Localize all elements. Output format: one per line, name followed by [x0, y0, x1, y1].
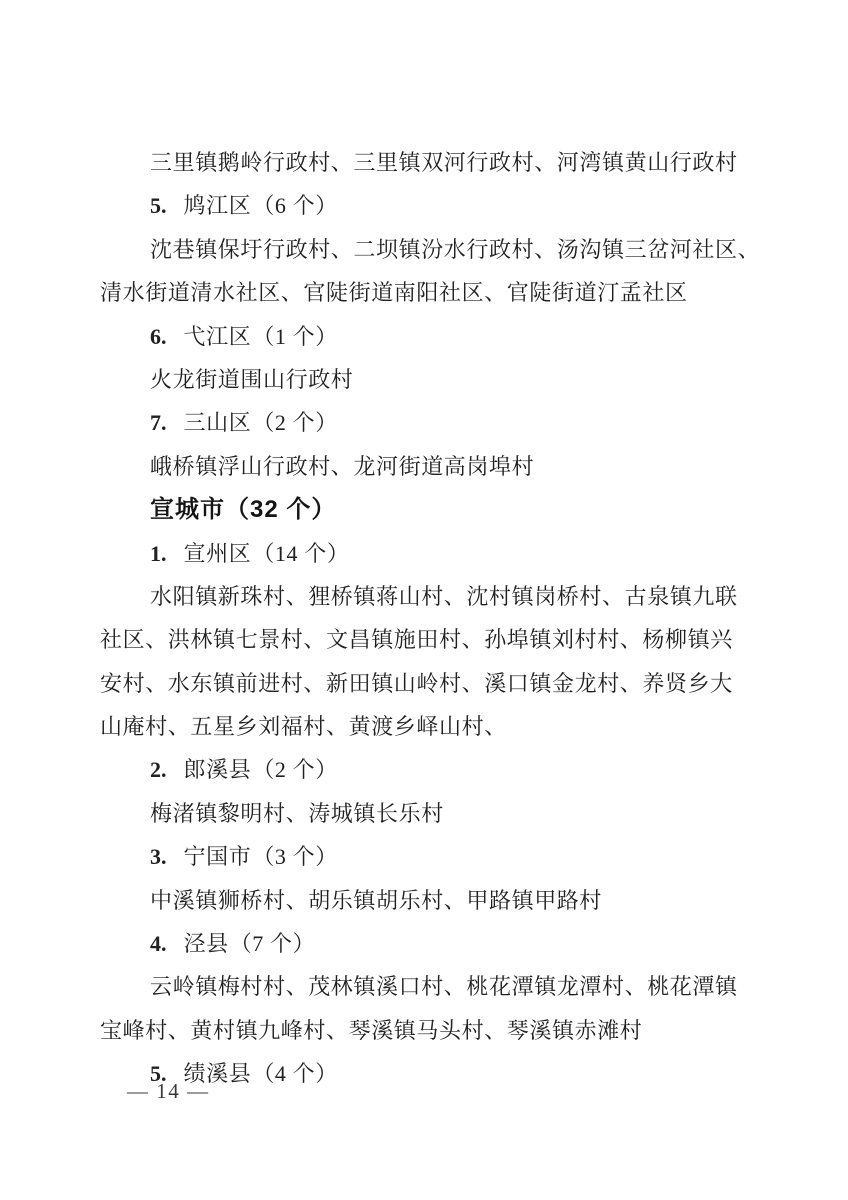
- district-name: 宁国市: [184, 844, 252, 869]
- village-list-line: 山庵村、五星乡刘福村、黄渡乡峄山村、: [100, 705, 750, 748]
- district-count: （4 个）: [252, 1061, 338, 1086]
- village-list-line: 火龙街道围山行政村: [100, 358, 750, 401]
- village-list-line: 社区、洪林镇七景村、文昌镇施田村、孙埠镇刘村村、杨柳镇兴: [100, 618, 750, 661]
- village-list-line: 梅渚镇黎明村、涛城镇长乐村: [100, 792, 750, 835]
- district-count: （6 个）: [252, 193, 338, 218]
- document-page: 三里镇鹅岭行政村、三里镇双河行政村、河湾镇黄山行政村5.鸠江区（6 个）沈巷镇保…: [0, 0, 848, 1200]
- district-item-header: 3.宁国市（3 个）: [100, 835, 750, 878]
- document-body: 三里镇鹅岭行政村、三里镇双河行政村、河湾镇黄山行政村5.鸠江区（6 个）沈巷镇保…: [100, 141, 750, 1096]
- district-count: （7 个）: [230, 931, 316, 956]
- district-name: 郎溪县: [184, 757, 252, 782]
- item-number: 6.: [150, 324, 167, 349]
- district-item-header: 5.鸠江区（6 个）: [100, 184, 750, 227]
- village-list-line: 云岭镇梅村村、茂林镇溪口村、桃花潭镇龙潭村、桃花潭镇: [100, 965, 750, 1008]
- village-list-line: 清水街道清水社区、官陡街道南阳社区、官陡街道汀孟社区: [100, 271, 750, 314]
- district-name: 泾县: [184, 931, 229, 956]
- district-item-header: 1.宣州区（14 个）: [100, 532, 750, 575]
- district-count: （3 个）: [252, 844, 338, 869]
- item-number: 5.: [150, 193, 167, 218]
- village-list-line: 安村、水东镇前进村、新田镇山岭村、溪口镇金龙村、养贤乡大: [100, 662, 750, 705]
- district-item-header: 2.郎溪县（2 个）: [100, 748, 750, 791]
- item-number: 1.: [150, 541, 167, 566]
- district-name: 三山区: [184, 410, 252, 435]
- page-number: — 14 —: [127, 1077, 210, 1105]
- district-count: （2 个）: [252, 757, 338, 782]
- district-item-header: 7.三山区（2 个）: [100, 401, 750, 444]
- district-name: 鸠江区: [184, 193, 252, 218]
- district-name: 弋江区: [184, 324, 252, 349]
- village-list-line: 中溪镇狮桥村、胡乐镇胡乐村、甲路镇甲路村: [100, 879, 750, 922]
- village-list-line: 峨桥镇浮山行政村、龙河街道高岗埠村: [100, 445, 750, 488]
- district-item-header: 6.弋江区（1 个）: [100, 315, 750, 358]
- village-list-line: 宝峰村、黄村镇九峰村、琴溪镇马头村、琴溪镇赤滩村: [100, 1009, 750, 1052]
- item-number: 3.: [150, 844, 167, 869]
- city-header: 宣城市（32 个）: [100, 488, 750, 531]
- village-list-line: 沈巷镇保圩行政村、二坝镇汾水行政村、汤沟镇三岔河社区、: [100, 228, 750, 271]
- village-list-line: 三里镇鹅岭行政村、三里镇双河行政村、河湾镇黄山行政村: [100, 141, 750, 184]
- item-number: 2.: [150, 757, 167, 782]
- district-count: （14 个）: [252, 541, 349, 566]
- district-item-header: 4.泾县（7 个）: [100, 922, 750, 965]
- district-count: （1 个）: [252, 324, 338, 349]
- item-number: 4.: [150, 931, 167, 956]
- district-count: （2 个）: [252, 410, 338, 435]
- district-name: 宣州区: [184, 541, 252, 566]
- item-number: 7.: [150, 410, 167, 435]
- village-list-line: 水阳镇新珠村、狸桥镇蒋山村、沈村镇岗桥村、古泉镇九联: [100, 575, 750, 618]
